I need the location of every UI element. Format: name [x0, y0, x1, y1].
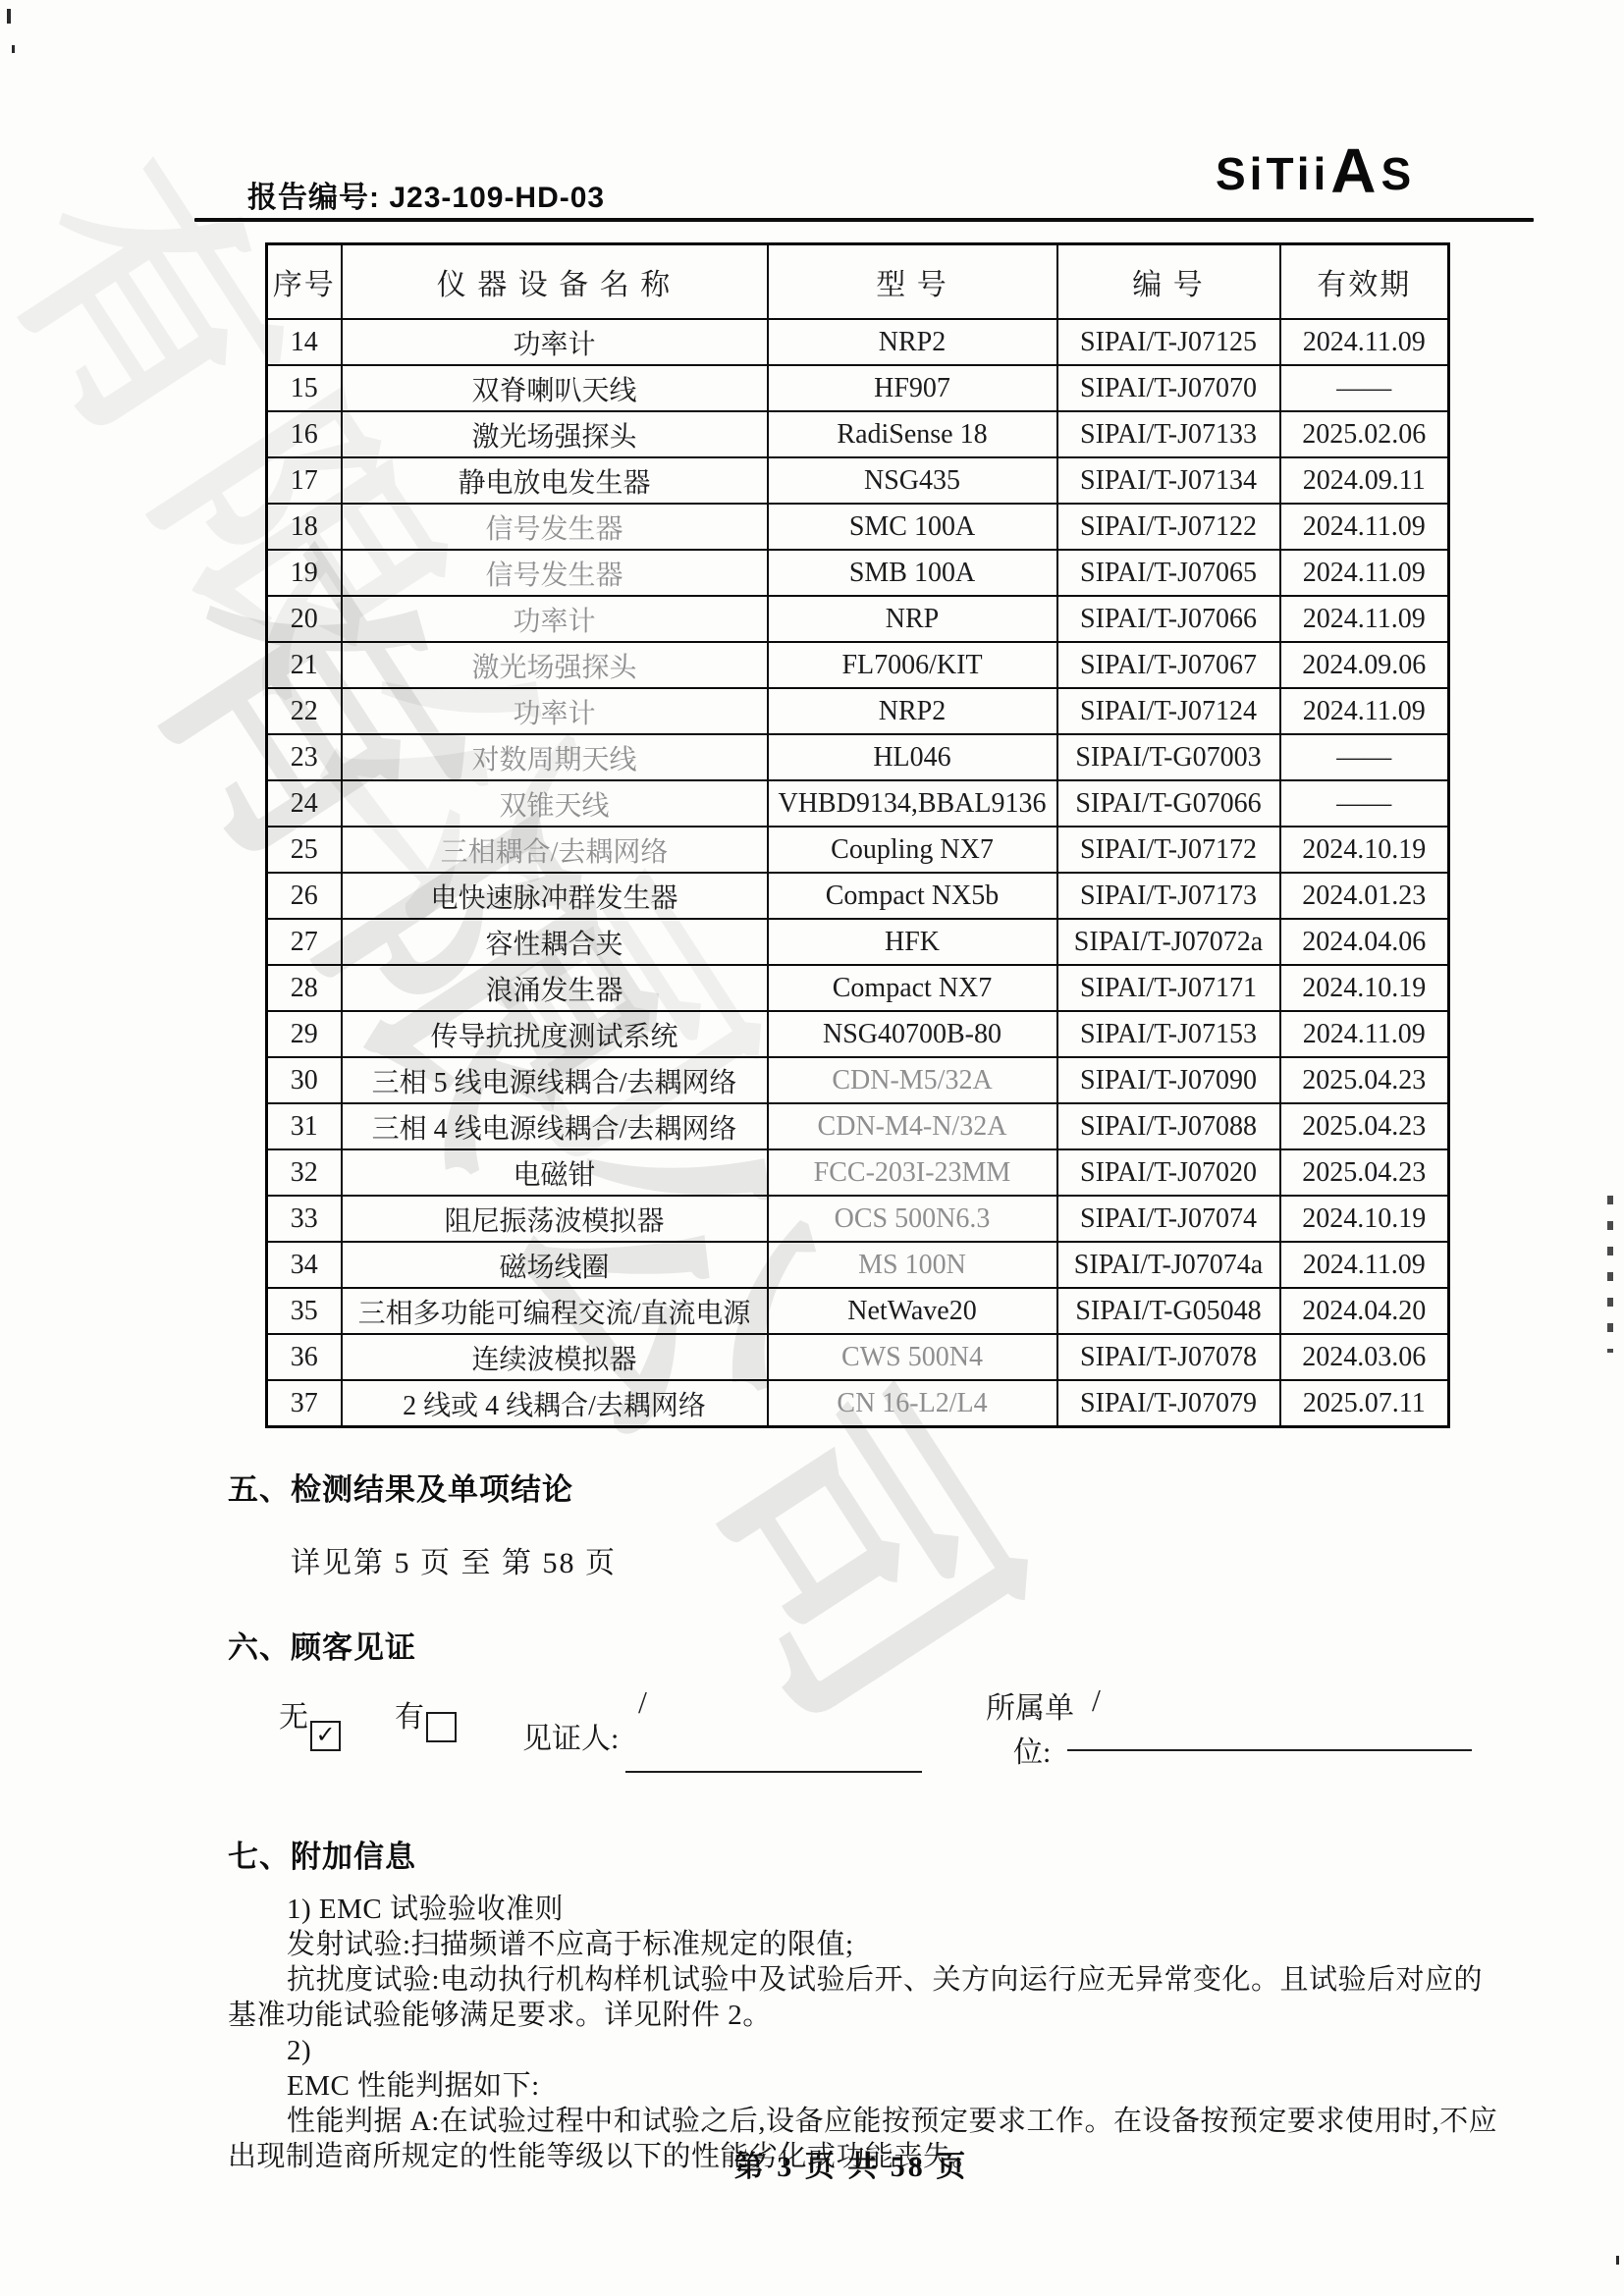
cell-serial-number: SIPAI/T-J07172 — [1057, 827, 1280, 873]
table-row: 22 功率计 NRP2 SIPAI/T-J07124 2024.11.09 — [267, 688, 1449, 734]
cell-serial-number: SIPAI/T-J07122 — [1057, 504, 1280, 550]
cell-validity-date: 2025.04.23 — [1280, 1057, 1449, 1103]
cell-serial-number: SIPAI/T-J07088 — [1057, 1103, 1280, 1149]
equipment-table-body: 14 功率计 NRP2 SIPAI/T-J07125 2024.11.09 15… — [267, 319, 1449, 1427]
section5-title: 五、检测结果及单项结论 — [228, 1465, 1504, 1509]
cell-validity-date: —— — [1280, 734, 1449, 780]
cell-equipment-name: 信号发生器 — [342, 504, 768, 550]
table-row: 20 功率计 NRP SIPAI/T-J07066 2024.11.09 — [267, 596, 1449, 642]
witness-none-label: 无 — [279, 1701, 308, 1734]
table-row: 16 激光场强探头 RadiSense 18 SIPAI/T-J07133 20… — [267, 411, 1449, 457]
cell-index: 20 — [267, 596, 342, 642]
cell-serial-number: SIPAI/T-J07066 — [1057, 596, 1280, 642]
cell-equipment-name: 三相 4 线电源线耦合/去耦网络 — [342, 1103, 768, 1149]
cell-validity-date: 2024.03.06 — [1280, 1334, 1449, 1380]
cell-model: CDN-M4-N/32A — [768, 1103, 1057, 1149]
scan-artifact — [12, 45, 15, 53]
additional-info-paragraph: 抗扰度试验:电动执行机构样机试验中及试验后开、关方向运行应无异常变化。且试验后对… — [228, 1962, 1504, 2033]
witness-person-underline — [625, 1688, 922, 1773]
table-row: 19 信号发生器 SMB 100A SIPAI/T-J07065 2024.11… — [267, 550, 1449, 596]
column-header-serial-number: 编 号 — [1057, 244, 1280, 320]
column-header-model: 型 号 — [768, 244, 1057, 320]
additional-info-paragraph: 2) — [228, 2033, 1504, 2068]
cell-validity-date: 2024.11.09 — [1280, 1011, 1449, 1057]
cell-index: 14 — [267, 319, 342, 365]
cell-validity-date: 2024.11.09 — [1280, 596, 1449, 642]
cell-model: NRP — [768, 596, 1057, 642]
cell-equipment-name: 2 线或 4 线耦合/去耦网络 — [342, 1380, 768, 1427]
equipment-table: 序号 仪 器 设 备 名 称 型 号 编 号 有效期 14 功率计 NRP2 S… — [265, 242, 1450, 1428]
cell-serial-number: SIPAI/T-J07124 — [1057, 688, 1280, 734]
cell-serial-number: SIPAI/T-J07173 — [1057, 873, 1280, 919]
additional-info-paragraph: 发射试验:扫描频谱不应高于标准规定的限值; — [228, 1927, 1504, 1962]
cell-validity-date: 2024.10.19 — [1280, 1196, 1449, 1242]
header-rule — [194, 218, 1534, 222]
cell-model: RadiSense 18 — [768, 411, 1057, 457]
table-row: 29 传导抗扰度测试系统 NSG40700B-80 SIPAI/T-J07153… — [267, 1011, 1449, 1057]
cell-validity-date: 2024.11.09 — [1280, 550, 1449, 596]
cell-index: 16 — [267, 411, 342, 457]
cell-serial-number: SIPAI/T-J07074 — [1057, 1196, 1280, 1242]
table-row: 28 浪涌发生器 Compact NX7 SIPAI/T-J07171 2024… — [267, 965, 1449, 1011]
witness-org-underline — [1067, 1688, 1472, 1751]
cell-validity-date: 2024.09.06 — [1280, 642, 1449, 688]
cell-serial-number: SIPAI/T-J07078 — [1057, 1334, 1280, 1380]
cell-index: 37 — [267, 1380, 342, 1427]
cell-serial-number: SIPAI/T-J07020 — [1057, 1149, 1280, 1196]
cell-model: NRP2 — [768, 319, 1057, 365]
cell-equipment-name: 传导抗扰度测试系统 — [342, 1011, 768, 1057]
cell-validity-date: 2024.01.23 — [1280, 873, 1449, 919]
cell-validity-date: —— — [1280, 365, 1449, 411]
cell-validity-date: 2025.07.11 — [1280, 1380, 1449, 1427]
cell-model: Compact NX5b — [768, 873, 1057, 919]
sitiias-logo: SiTiiAS — [1216, 145, 1415, 196]
table-row: 34 磁场线圈 MS 100N SIPAI/T-J07074a 2024.11.… — [267, 1242, 1449, 1288]
cell-equipment-name: 电磁钳 — [342, 1149, 768, 1196]
additional-info-paragraphs: 1) EMC 试验验收准则发射试验:扫描频谱不应高于标准规定的限值;抗扰度试验:… — [228, 1892, 1504, 2174]
cell-serial-number: SIPAI/T-J07079 — [1057, 1380, 1280, 1427]
witness-none-checkbox-checked: ✓ — [310, 1721, 341, 1751]
cell-validity-date: 2024.11.09 — [1280, 688, 1449, 734]
witness-none-group: 无✓ — [279, 1692, 339, 1735]
report-page: 有限公司 有限公司 报告编号: J23-109-HD-03 SiTiiAS 序号… — [0, 0, 1624, 2296]
cell-serial-number: SIPAI/T-J07067 — [1057, 642, 1280, 688]
section5-body: 详见第 5 页 至 第 58 页 — [228, 1538, 1504, 1581]
cell-index: 36 — [267, 1334, 342, 1380]
report-sections: 五、检测结果及单项结论 详见第 5 页 至 第 58 页 六、顾客见证 无✓ 有… — [228, 1453, 1504, 2174]
logo-text-part3: S — [1381, 151, 1416, 196]
witness-org-label-line1: 所属单 — [986, 1692, 1074, 1725]
cell-index: 19 — [267, 550, 342, 596]
table-row: 14 功率计 NRP2 SIPAI/T-J07125 2024.11.09 — [267, 319, 1449, 365]
cell-index: 21 — [267, 642, 342, 688]
cell-equipment-name: 激光场强探头 — [342, 411, 768, 457]
cell-serial-number: SIPAI/T-J07133 — [1057, 411, 1280, 457]
page-footer: 第 3 页 共 58 页 — [228, 2142, 1475, 2185]
table-row: 26 电快速脉冲群发生器 Compact NX5b SIPAI/T-J07173… — [267, 873, 1449, 919]
cell-model: Compact NX7 — [768, 965, 1057, 1011]
witness-org-label-line2: 位: — [986, 1736, 1051, 1769]
cell-serial-number: SIPAI/T-J07065 — [1057, 550, 1280, 596]
cell-model: CWS 500N4 — [768, 1334, 1057, 1380]
cell-model: NSG435 — [768, 457, 1057, 504]
cell-index: 23 — [267, 734, 342, 780]
table-row: 35 三相多功能可编程交流/直流电源 NetWave20 SIPAI/T-G05… — [267, 1288, 1449, 1334]
cell-model: OCS 500N6.3 — [768, 1196, 1057, 1242]
cell-model: CN 16-L2/L4 — [768, 1380, 1057, 1427]
cell-index: 35 — [267, 1288, 342, 1334]
witness-has-group: 有 — [395, 1692, 455, 1735]
scan-artifact — [1616, 2256, 1619, 2265]
cell-serial-number: SIPAI/T-J07125 — [1057, 319, 1280, 365]
cell-validity-date: 2024.04.20 — [1280, 1288, 1449, 1334]
witness-org-label: 所属单 位: — [986, 1686, 1074, 1775]
cell-equipment-name: 激光场强探头 — [342, 642, 768, 688]
cell-serial-number: SIPAI/T-J07153 — [1057, 1011, 1280, 1057]
cell-validity-date: 2024.10.19 — [1280, 827, 1449, 873]
column-header-validity: 有效期 — [1280, 244, 1449, 320]
cell-equipment-name: 双锥天线 — [342, 780, 768, 827]
logo-text-part2: A — [1330, 145, 1380, 196]
cell-validity-date: 2024.11.09 — [1280, 1242, 1449, 1288]
cell-model: HF907 — [768, 365, 1057, 411]
cell-validity-date: 2024.09.11 — [1280, 457, 1449, 504]
cell-validity-date: 2024.11.09 — [1280, 319, 1449, 365]
cell-equipment-name: 信号发生器 — [342, 550, 768, 596]
cell-model: HFK — [768, 919, 1057, 965]
cell-serial-number: SIPAI/T-J07070 — [1057, 365, 1280, 411]
cell-serial-number: SIPAI/T-G07003 — [1057, 734, 1280, 780]
report-number-value: J23-109-HD-03 — [389, 182, 605, 214]
cell-serial-number: SIPAI/T-J07072a — [1057, 919, 1280, 965]
cell-model: NSG40700B-80 — [768, 1011, 1057, 1057]
customer-witness-row: 无✓ 有 见证人: / 所属单 位: / — [228, 1688, 1504, 1806]
cell-index: 24 — [267, 780, 342, 827]
cell-validity-date: 2024.11.09 — [1280, 504, 1449, 550]
witness-has-checkbox-empty — [426, 1712, 457, 1742]
cell-index: 15 — [267, 365, 342, 411]
table-row: 17 静电放电发生器 NSG435 SIPAI/T-J07134 2024.09… — [267, 457, 1449, 504]
cell-validity-date: —— — [1280, 780, 1449, 827]
cell-model: FCC-203I-23MM — [768, 1149, 1057, 1196]
table-row: 21 激光场强探头 FL7006/KIT SIPAI/T-J07067 2024… — [267, 642, 1449, 688]
cell-model: SMC 100A — [768, 504, 1057, 550]
cell-serial-number: SIPAI/T-G05048 — [1057, 1288, 1280, 1334]
cell-equipment-name: 阻尼振荡波模拟器 — [342, 1196, 768, 1242]
cell-index: 26 — [267, 873, 342, 919]
cell-model: FL7006/KIT — [768, 642, 1057, 688]
cell-model: MS 100N — [768, 1242, 1057, 1288]
cell-validity-date: 2025.04.23 — [1280, 1103, 1449, 1149]
cell-model: Coupling NX7 — [768, 827, 1057, 873]
additional-info-paragraph: 1) EMC 试验验收准则 — [228, 1892, 1504, 1927]
report-number-label: 报告编号: — [247, 182, 380, 214]
cell-index: 28 — [267, 965, 342, 1011]
column-header-index: 序号 — [267, 244, 342, 320]
cell-equipment-name: 磁场线圈 — [342, 1242, 768, 1288]
cell-index: 33 — [267, 1196, 342, 1242]
table-row: 18 信号发生器 SMC 100A SIPAI/T-J07122 2024.11… — [267, 504, 1449, 550]
cell-validity-date: 2024.04.06 — [1280, 919, 1449, 965]
column-header-equipment-name: 仪 器 设 备 名 称 — [342, 244, 768, 320]
witness-has-label: 有 — [395, 1701, 424, 1734]
table-row: 23 对数周期天线 HL046 SIPAI/T-G07003 —— — [267, 734, 1449, 780]
cell-validity-date: 2025.04.23 — [1280, 1149, 1449, 1196]
table-row: 37 2 线或 4 线耦合/去耦网络 CN 16-L2/L4 SIPAI/T-J… — [267, 1380, 1449, 1427]
cell-index: 32 — [267, 1149, 342, 1196]
cell-serial-number: SIPAI/T-J07074a — [1057, 1242, 1280, 1288]
additional-info-paragraph: EMC 性能判据如下: — [228, 2068, 1504, 2104]
table-row: 32 电磁钳 FCC-203I-23MM SIPAI/T-J07020 2025… — [267, 1149, 1449, 1196]
cell-validity-date: 2025.02.06 — [1280, 411, 1449, 457]
cell-serial-number: SIPAI/T-J07090 — [1057, 1057, 1280, 1103]
table-header-row: 序号 仪 器 设 备 名 称 型 号 编 号 有效期 — [267, 244, 1449, 320]
cell-equipment-name: 浪涌发生器 — [342, 965, 768, 1011]
cell-index: 22 — [267, 688, 342, 734]
logo-text-part1: SiTii — [1216, 151, 1329, 196]
cell-equipment-name: 功率计 — [342, 596, 768, 642]
table-row: 25 三相耦合/去耦网络 Coupling NX7 SIPAI/T-J07172… — [267, 827, 1449, 873]
table-row: 33 阻尼振荡波模拟器 OCS 500N6.3 SIPAI/T-J07074 2… — [267, 1196, 1449, 1242]
table-row: 31 三相 4 线电源线耦合/去耦网络 CDN-M4-N/32A SIPAI/T… — [267, 1103, 1449, 1149]
cell-equipment-name: 三相耦合/去耦网络 — [342, 827, 768, 873]
cell-model: SMB 100A — [768, 550, 1057, 596]
section7-title: 七、附加信息 — [228, 1832, 1504, 1876]
cell-index: 34 — [267, 1242, 342, 1288]
cell-model: NetWave20 — [768, 1288, 1057, 1334]
cell-index: 30 — [267, 1057, 342, 1103]
cell-equipment-name: 三相 5 线电源线耦合/去耦网络 — [342, 1057, 768, 1103]
cell-index: 27 — [267, 919, 342, 965]
cell-model: NRP2 — [768, 688, 1057, 734]
cell-index: 25 — [267, 827, 342, 873]
cell-index: 17 — [267, 457, 342, 504]
cell-serial-number: SIPAI/T-J07134 — [1057, 457, 1280, 504]
cell-equipment-name: 功率计 — [342, 319, 768, 365]
witness-person-label: 见证人: — [522, 1714, 619, 1757]
table-row: 24 双锥天线 VHBD9134,BBAL9136 SIPAI/T-G07066… — [267, 780, 1449, 827]
cell-index: 31 — [267, 1103, 342, 1149]
cell-equipment-name: 容性耦合夹 — [342, 919, 768, 965]
cell-equipment-name: 对数周期天线 — [342, 734, 768, 780]
cell-equipment-name: 连续波模拟器 — [342, 1334, 768, 1380]
cell-serial-number: SIPAI/T-G07066 — [1057, 780, 1280, 827]
table-row: 27 容性耦合夹 HFK SIPAI/T-J07072a 2024.04.06 — [267, 919, 1449, 965]
cell-equipment-name: 功率计 — [342, 688, 768, 734]
section6-title: 六、顾客见证 — [228, 1623, 1504, 1667]
report-number-line: 报告编号: J23-109-HD-03 — [247, 173, 605, 216]
cell-model: HL046 — [768, 734, 1057, 780]
cell-index: 18 — [267, 504, 342, 550]
cell-index: 29 — [267, 1011, 342, 1057]
cell-equipment-name: 三相多功能可编程交流/直流电源 — [342, 1288, 768, 1334]
scan-artifact — [7, 9, 11, 24]
cell-equipment-name: 双脊喇叭天线 — [342, 365, 768, 411]
cell-serial-number: SIPAI/T-J07171 — [1057, 965, 1280, 1011]
cell-model: CDN-M5/32A — [768, 1057, 1057, 1103]
cell-equipment-name: 静电放电发生器 — [342, 457, 768, 504]
table-row: 15 双脊喇叭天线 HF907 SIPAI/T-J07070 —— — [267, 365, 1449, 411]
scan-artifact-binding-marks — [1607, 1196, 1613, 1353]
table-row: 30 三相 5 线电源线耦合/去耦网络 CDN-M5/32A SIPAI/T-J… — [267, 1057, 1449, 1103]
cell-equipment-name: 电快速脉冲群发生器 — [342, 873, 768, 919]
table-row: 36 连续波模拟器 CWS 500N4 SIPAI/T-J07078 2024.… — [267, 1334, 1449, 1380]
cell-validity-date: 2024.10.19 — [1280, 965, 1449, 1011]
cell-model: VHBD9134,BBAL9136 — [768, 780, 1057, 827]
